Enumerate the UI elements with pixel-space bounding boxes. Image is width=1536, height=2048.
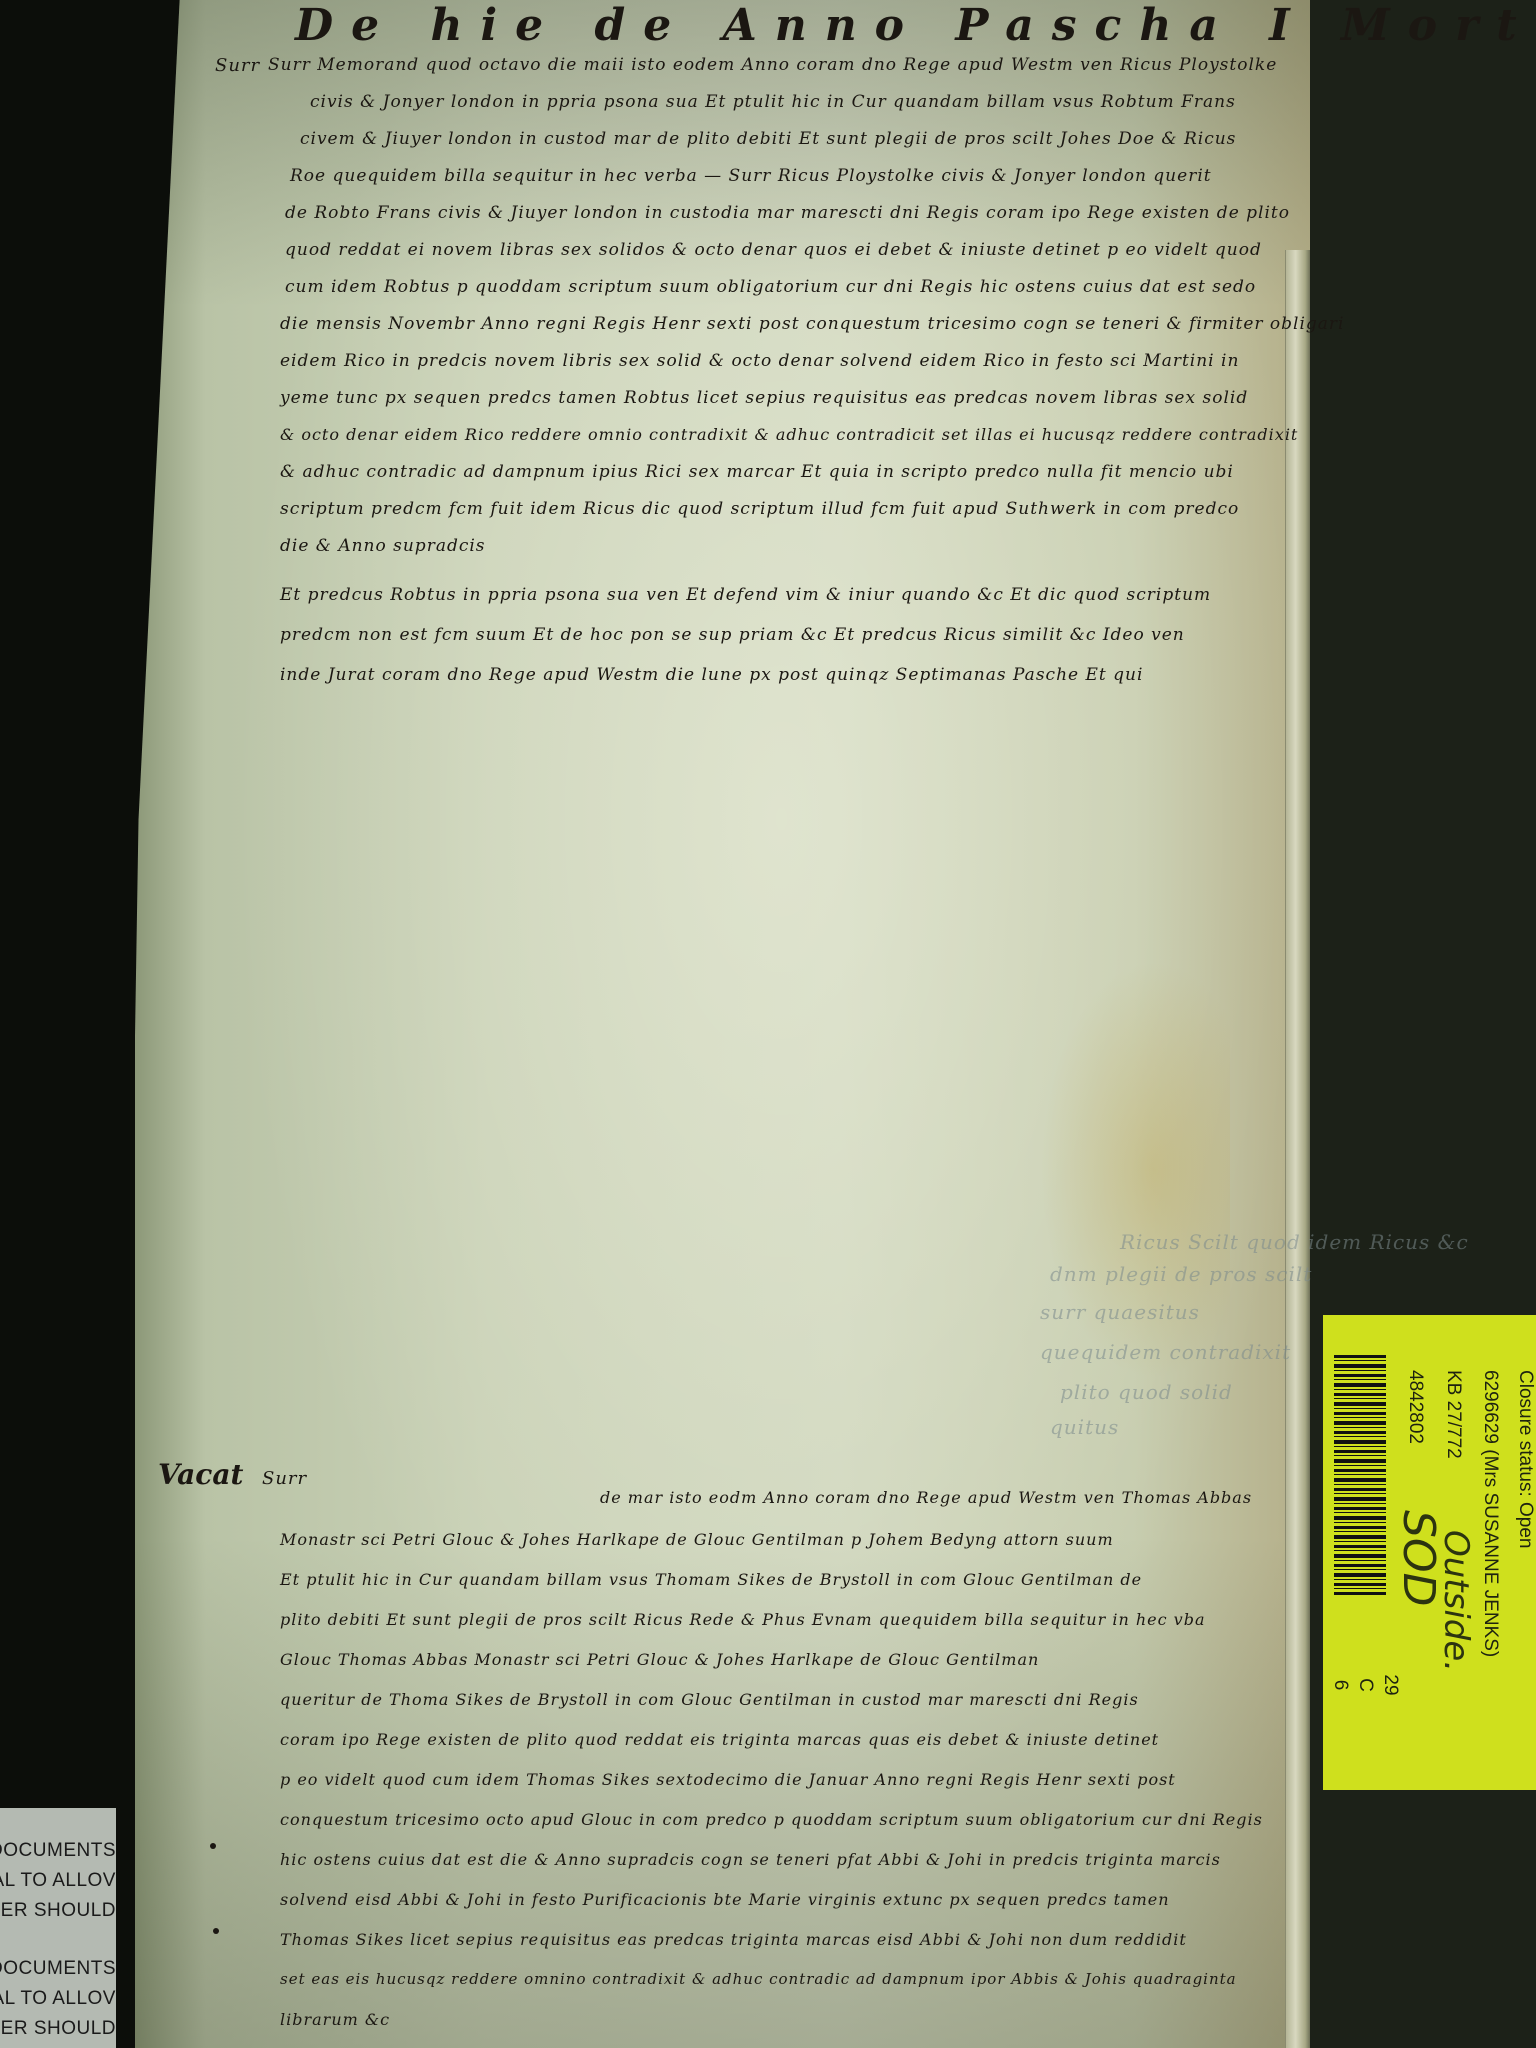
label-corner-code: 29 xyxy=(1379,1670,1401,1700)
entry-one-line: quod reddat ei novem libras sex solidos … xyxy=(285,240,1262,260)
notice-line: AL TO ALLOV xyxy=(0,1870,116,1892)
notice-line: DOCUMENTS xyxy=(0,1958,116,1980)
entry-one-line: cum idem Robtus p quoddam scriptum suum … xyxy=(285,277,1256,297)
entry-one-line: die & Anno supradcis xyxy=(280,536,486,556)
entry-one-line: scriptum predcm fcm fuit idem Ricus dic … xyxy=(280,499,1239,519)
archive-label-content: 4842802 KB 27/772 6296629 (Mrs SUSANNE J… xyxy=(1323,1315,1536,1790)
entry-one-line: civem & Jiuyer london in custod mar de p… xyxy=(300,129,1236,149)
entry-two-line: set eas eis hucusqz reddere omnino contr… xyxy=(280,1970,1237,1988)
entry-one-reply-line: inde Jurat coram dno Rege apud Westm die… xyxy=(280,665,1143,685)
entry-two-line: queritur de Thoma Sikes de Brystoll in c… xyxy=(280,1690,1139,1709)
notice-line: ER SHOULD xyxy=(1,2018,116,2040)
margin-marker-surr: Surr xyxy=(262,1468,307,1489)
faint-line: quitus xyxy=(1050,1415,1119,1439)
entry-two-line: Et ptulit hic in Cur quandam billam vsus… xyxy=(280,1570,1142,1589)
faint-line: Ricus Scilt quod idem Ricus &c xyxy=(1120,1230,1469,1254)
faint-line: quequidem contradixit xyxy=(1040,1340,1291,1364)
faint-line: dnm plegii de pros scilt xyxy=(1050,1262,1312,1286)
entry-one-reply-line: predcm non est fcm suum Et de hoc pon se… xyxy=(280,625,1185,645)
label-reference-number: 4842802 xyxy=(1404,1370,1426,1444)
entry-one-line: eidem Rico in predcis novem libris sex s… xyxy=(280,351,1239,371)
entry-one-line: & adhuc contradic ad dampnum ipius Rici … xyxy=(280,462,1234,482)
barcode-icon xyxy=(1334,1355,1386,1595)
margin-dot xyxy=(213,1928,219,1934)
handwritten-note-outside: Outside. xyxy=(1436,1530,1476,1672)
entry-one-line: Roe quequidem billa sequitur in hec verb… xyxy=(290,166,1212,186)
margin-note-vacat: Vacat xyxy=(158,1458,243,1491)
entry-two-line: de mar isto eodm Anno coram dno Rege apu… xyxy=(600,1488,1252,1507)
entry-two-line: coram ipo Rege existen de plito quod red… xyxy=(280,1730,1159,1749)
entry-one-line: Surr Memorand quod octavo die maii isto … xyxy=(268,55,1277,75)
entry-one-line: yeme tunc px sequen predcs tamen Robtus … xyxy=(280,388,1248,408)
entry-two-line: solvend eisd Abbi & Johi in festo Purifi… xyxy=(280,1890,1170,1909)
label-closure-status: Closure status: Open xyxy=(1514,1370,1536,1548)
entry-one-line: die mensis Novembr Anno regni Regis Henr… xyxy=(280,314,1345,334)
entry-two-line: conquestum tricesimo octo apud Glouc in … xyxy=(280,1810,1263,1829)
label-corner-code: 6 xyxy=(1329,1670,1351,1700)
archive-label: 4842802 KB 27/772 6296629 (Mrs SUSANNE J… xyxy=(1323,1315,1536,1790)
notice-line: ER SHOULD xyxy=(1,1900,116,1922)
faint-line: surr quaesitus xyxy=(1040,1300,1200,1324)
entry-two-line: hic ostens cuius dat est die & Anno supr… xyxy=(280,1850,1221,1869)
entry-two-line: Thomas Sikes licet sepius requisitus eas… xyxy=(280,1930,1187,1949)
parchment-folded-edge xyxy=(1285,250,1310,2048)
entry-two-line: Glouc Thomas Abbas Monastr sci Petri Glo… xyxy=(280,1650,1039,1669)
faint-line: plito quod solid xyxy=(1060,1380,1233,1404)
entry-two-line: librarum &c xyxy=(280,2010,390,2029)
notice-label: DOCUMENTS AL TO ALLOV ER SHOULD DOCUMENT… xyxy=(0,1808,116,2048)
notice-line: DOCUMENTS xyxy=(0,1840,116,1862)
entry-two-line: p eo videlt quod cum idem Thomas Sikes s… xyxy=(280,1770,1176,1789)
membrane-heading: De hie de Anno Pascha I Morteshu A xyxy=(295,0,1536,51)
notice-line: AL TO ALLOV xyxy=(0,1988,116,2010)
entry-two-line: plito debiti Et sunt plegii de pros scil… xyxy=(280,1610,1205,1629)
entry-one-line: de Robto Frans civis & Jiuyer london in … xyxy=(285,203,1290,223)
entry-one-line: civis & Jonyer london in ppria psona sua… xyxy=(310,92,1236,112)
label-reader-line: 6296629 (Mrs SUSANNE JENKS) xyxy=(1479,1370,1501,1657)
margin-dot xyxy=(210,1843,216,1849)
entry-one-line: & octo denar eidem Rico reddere omnio co… xyxy=(280,425,1298,444)
margin-marker-surr: Surr xyxy=(215,55,260,76)
entry-one-reply-line: Et predcus Robtus in ppria psona sua ven… xyxy=(280,585,1211,605)
entry-two-line: Monastr sci Petri Glouc & Johes Harlkape… xyxy=(280,1530,1114,1549)
label-corner-code: C xyxy=(1354,1670,1376,1700)
label-document-reference: KB 27/772 xyxy=(1442,1370,1464,1459)
